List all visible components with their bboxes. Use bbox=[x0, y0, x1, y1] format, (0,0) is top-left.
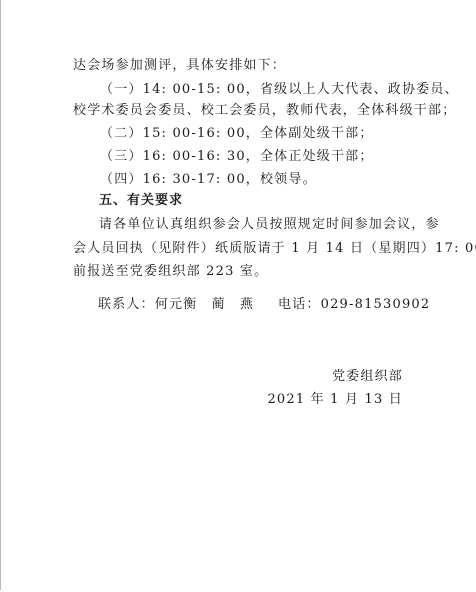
schedule-item-1: （一）14: 00-15: 00，省级以上人大代表、政协委员、 bbox=[100, 82, 459, 98]
schedule-item-4: （四）16: 30-17: 00，校领导。 bbox=[100, 172, 317, 188]
section-heading: 五、有关要求 bbox=[99, 193, 183, 209]
page-left-edge bbox=[0, 0, 1, 590]
schedule-item-1-cont: 校学术委员会委员、校工会委员，教师代表，全体科级干部； bbox=[73, 103, 456, 119]
requirement-line-3: 前报送至党委组织部 223 室。 bbox=[73, 264, 268, 280]
signature-organization: 党委组织部 bbox=[332, 369, 403, 385]
contact-phone: 电话：029-81530902 bbox=[278, 297, 430, 313]
paragraph-intro: 达会场参加测评，具体安排如下： bbox=[73, 58, 286, 74]
contact-persons: 联系人：何元衡 蔺 燕 bbox=[98, 297, 254, 313]
requirement-line-1: 请各单位认真组织参会人员按照规定时间参加会议，参 bbox=[99, 217, 440, 233]
schedule-item-2: （二）15: 00-16: 00，全体副处级干部； bbox=[100, 126, 374, 142]
requirement-line-2: 会人员回执（见附件）纸质版请于 1 月 14 日（星期四）17: 00 bbox=[73, 241, 476, 257]
schedule-item-3: （三）16: 00-16: 30，全体正处级干部； bbox=[100, 149, 374, 165]
signature-date: 2021 年 1 月 13 日 bbox=[267, 392, 403, 408]
